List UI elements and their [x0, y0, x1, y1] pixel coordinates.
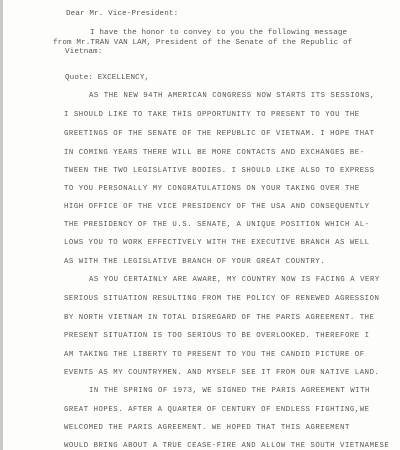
body-line: TO YOU PERSONALLY MY CONGRATULATIONS ON … [64, 184, 360, 194]
body-line: I SHOULD LIKE TO TAKE THIS OPPORTUNITY T… [64, 110, 360, 120]
body-line: THE PRESIDENCY OF THE U.S. SENATE, A UNI… [64, 220, 370, 230]
body-line: WOULD BRING ABOUT A TRUE CEASE-FIRE AND … [64, 441, 389, 450]
intro-line: Vietnam: [65, 47, 102, 57]
body-line: AM TAKING THE LIBERTY TO PRESENT TO YOU … [64, 350, 365, 360]
body-line: IN COMING YEARS THERE WILL BE MORE CONTA… [64, 148, 365, 158]
salutation: Dear Mr. Vice-President: [66, 9, 178, 19]
body-line: IN THE SPRING OF 1973, WE SIGNED THE PAR… [89, 386, 370, 396]
body-line: WELCOMED THE PARIS AGREEMENT. WE HOPED T… [64, 423, 350, 433]
body-line: LOWS YOU TO WORK EFFECTIVELY WITH THE EX… [64, 238, 370, 248]
body-line: SERIOUS SITUATION RESULTING FROM THE POL… [64, 294, 379, 304]
body-line: AS WITH THE LEGISLATIVE BRANCH OF YOUR G… [64, 257, 325, 267]
body-line: BY NORTH VIETNAM IN TOTAL DISREGARD OF T… [64, 313, 375, 323]
body-line: EVENTS AS MY COUNTRYMEN. AND MYSELF SEE … [64, 368, 379, 378]
body-line: GREAT HOPES. AFTER A QUARTER OF CENTURY … [64, 405, 370, 415]
body-line: GREETINGS OF THE SENATE OF THE REPUBLIC … [64, 129, 375, 139]
letter-page: Dear Mr. Vice-President: I have the hono… [0, 0, 400, 450]
body-line: PRESENT SITUATION IS TOO SERIOUS TO BE O… [64, 331, 370, 341]
body-line: AS YOU CERTAINLY ARE AWARE, MY COUNTRY N… [89, 275, 380, 285]
body-line: HIGH OFFICE OF THE VICE PRESIDENCY OF TH… [64, 202, 370, 212]
intro-line: I have the honor to convey to you the fo… [90, 28, 347, 38]
body-line: AS THE NEW 94TH AMERICAN CONGRESS NOW ST… [89, 91, 375, 101]
quote-open: Quote: EXCELLENCY, [65, 73, 149, 83]
body-line: TWEEN THE TWO LEGISLATIVE BODIES. I SHOU… [64, 166, 375, 176]
